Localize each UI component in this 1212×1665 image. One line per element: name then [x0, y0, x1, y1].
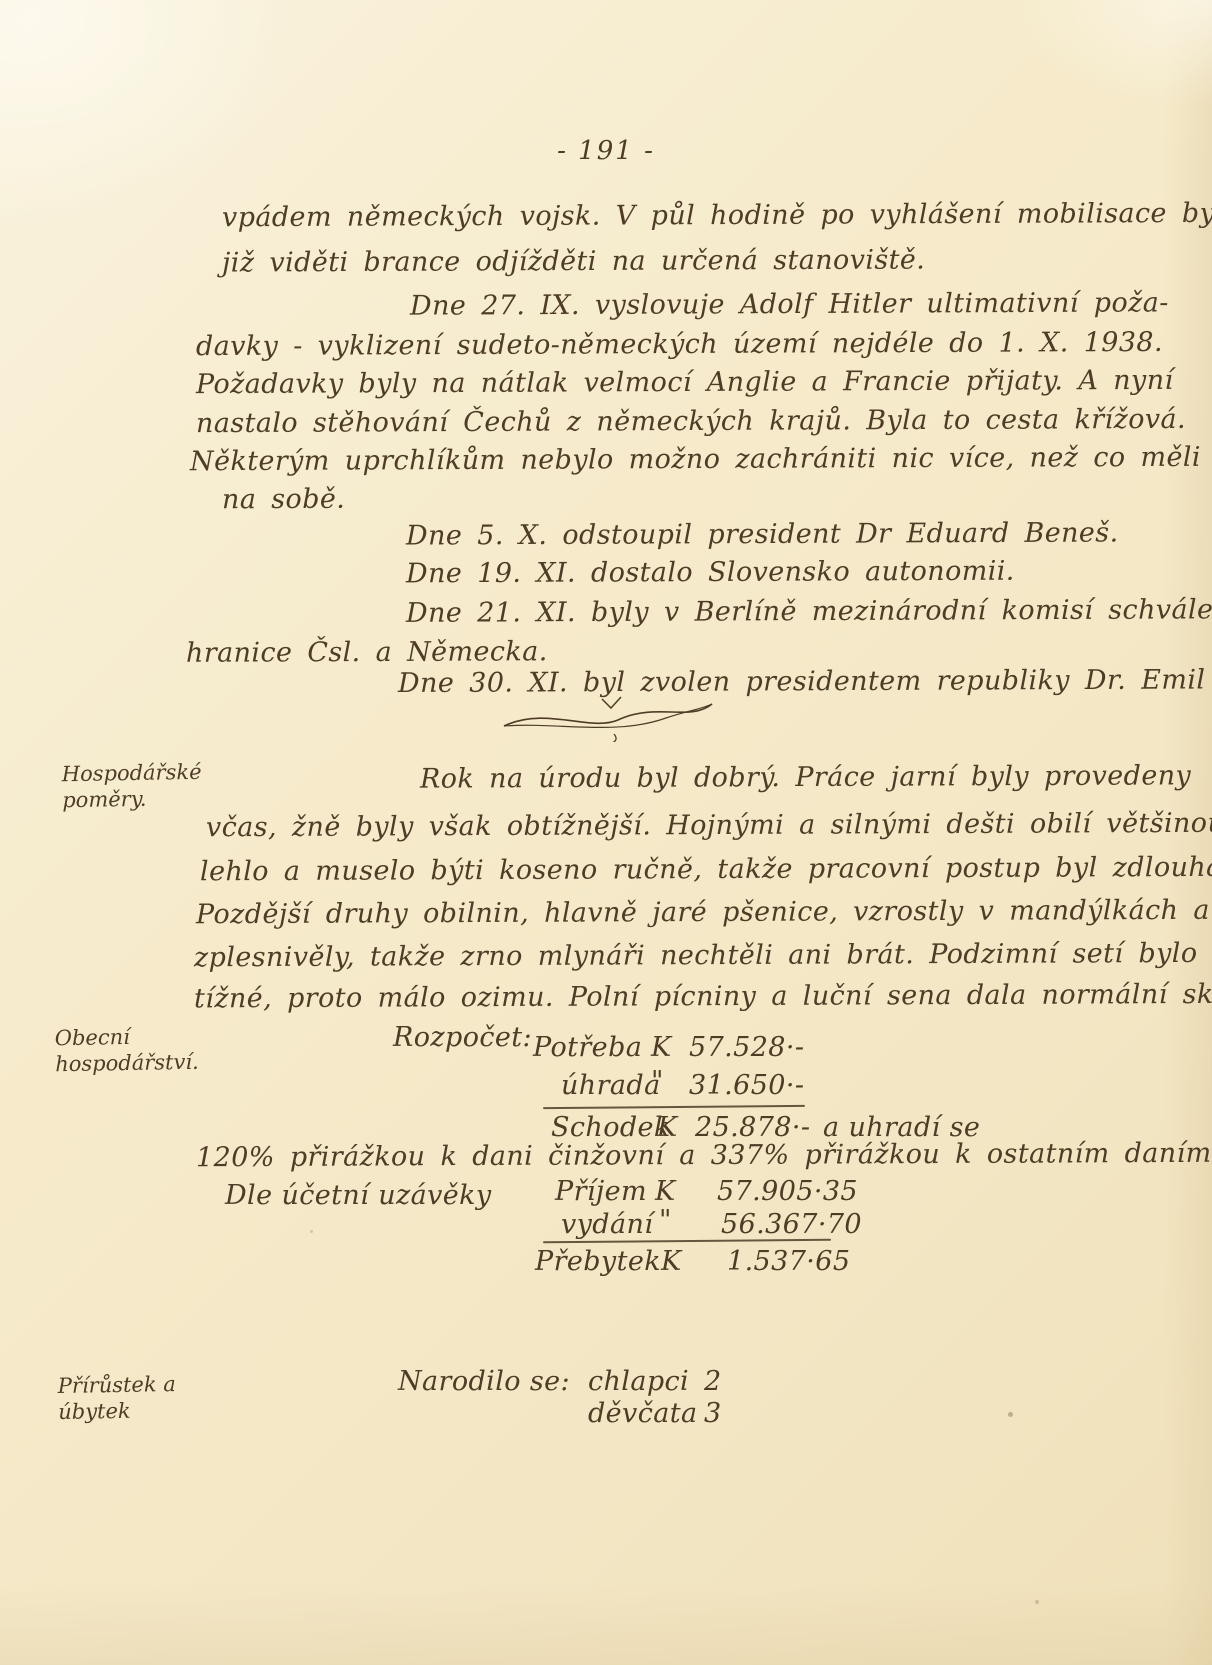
sum-rule — [543, 1105, 805, 1109]
births-table: Narodilo se: chlapci 2 děvčata 3 — [398, 1364, 818, 1444]
closing-row-amount: 1.537·65 — [727, 1246, 850, 1277]
budget-row-label: Schodek — [551, 1112, 671, 1143]
paper-speck — [1008, 1412, 1013, 1417]
closing-row-amount: 56.367·70 — [721, 1209, 862, 1240]
closing-row-amount: 57.905·35 — [717, 1176, 858, 1207]
closing-accounts-table: Dle účetní uzávěky Příjem K 57.905·35 vy… — [225, 1176, 925, 1286]
text-line: vpádem německých vojsk. V půl hodině po … — [222, 198, 1212, 233]
births-row-label: děvčata — [588, 1398, 697, 1429]
budget-row-amount: 31.650·- — [689, 1070, 804, 1101]
margin-note-line: Hospodářské — [62, 759, 202, 787]
text-line: nastalo stěhování Čechů z německých kraj… — [196, 404, 1186, 439]
births-label: Narodilo se: — [398, 1366, 570, 1397]
text-line: 120% přirážkou k dani činžovní a 337% př… — [196, 1138, 1212, 1173]
margin-note-line: hospodářství. — [55, 1049, 199, 1078]
text-line: Rok na úrodu byl dobrý. Práce jarní byly… — [420, 760, 1191, 794]
flourish-divider — [498, 694, 718, 742]
margin-note-line: Obecní — [55, 1023, 199, 1052]
text-line: zplesnivěly, takže zrno mlynáři nechtěli… — [194, 938, 1212, 974]
closing-row-label: Příjem — [555, 1176, 647, 1207]
paper-speck — [1035, 1600, 1039, 1604]
budget-row-label: Potřeba — [533, 1032, 642, 1063]
budget-row-amount: 25.878·- — [695, 1112, 810, 1143]
margin-note-municipal: Obecní hospodářství. — [55, 1023, 199, 1077]
margin-note-line: úbytek — [58, 1397, 176, 1425]
budget-row-currency: " — [651, 1066, 664, 1097]
text-line: včas, žně byly však obtížnější. Hojnými … — [206, 808, 1212, 843]
text-line: Dne 21. XI. byly v Berlíně mezinárodní k… — [406, 594, 1212, 629]
margin-note-population: Přírůstek a úbytek — [58, 1371, 177, 1425]
closing-row-currency: K — [655, 1176, 676, 1207]
text-line: na sobě. — [222, 484, 345, 516]
paper-speck — [310, 1230, 313, 1233]
page-number: - 191 - — [0, 136, 1212, 166]
text-line: Dne 19. XI. dostalo Slovensko autonomii. — [406, 556, 1015, 590]
closing-row-label: vydání — [561, 1209, 653, 1240]
budget-row-currency: K — [651, 1032, 672, 1063]
text-line: davky - vyklizení sudeto-německých území… — [196, 327, 1163, 362]
closing-row-label: Přebytek — [535, 1246, 661, 1277]
budget-title: Rozpočet: — [393, 1022, 532, 1053]
births-row-count: 2 — [704, 1366, 722, 1397]
text-line: Pozdější druhy obilnin, hlavně jaré pšen… — [196, 895, 1210, 930]
margin-note-line: Přírůstek a — [58, 1371, 176, 1399]
margin-note-line: poměry. — [62, 785, 202, 813]
budget-row-currency: K — [657, 1112, 678, 1143]
text-line: lehlo a muselo býti koseno ručně, takže … — [200, 852, 1212, 888]
closing-row-currency: " — [659, 1205, 672, 1236]
margin-note-economy: Hospodářské poměry. — [62, 759, 203, 813]
budget-row-label: úhrada — [561, 1070, 661, 1101]
budget-table: Rozpočet: Potřeba K 57.528·- úhrada " 31… — [393, 1020, 1013, 1150]
text-line: tížné, proto málo ozimu. Polní pícniny a… — [194, 979, 1212, 1015]
text-line: Dne 5. X. odstoupil president Dr Eduard … — [406, 517, 1119, 551]
text-line: Některým uprchlíkům nebylo možno zachrán… — [190, 442, 1201, 477]
closing-label: Dle účetní uzávěky — [225, 1180, 492, 1211]
budget-row-amount: 57.528·- — [689, 1032, 804, 1063]
chronicle-page: - 191 - vpádem německých vojsk. V půl ho… — [0, 0, 1212, 1665]
text-line: již viděti brance odjížděti na určená st… — [222, 244, 925, 278]
closing-row-currency: K — [661, 1246, 682, 1277]
births-row-count: 3 — [704, 1398, 722, 1429]
text-line: hranice Čsl. a Německa. — [186, 636, 548, 669]
text-line: Požadavky byly na nátlak velmocí Anglie … — [196, 365, 1174, 400]
text-line: Dne 27. IX. vyslovuje Adolf Hitler ultim… — [410, 287, 1169, 321]
births-row-label: chlapci — [588, 1366, 689, 1397]
